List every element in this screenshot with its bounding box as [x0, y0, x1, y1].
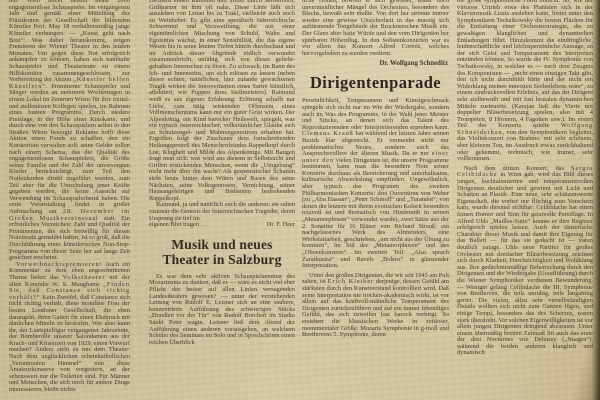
paragraph-end-with-byline: eigenen Blut tragen …Dr. F. Heer: [149, 222, 295, 229]
newspaper-column-1: ten. Wien allein besitzt heute 2000 enga…: [9, 0, 130, 400]
newspaper-column-2: Dichtern enden Raimund und Stifter durch…: [149, 0, 295, 400]
article-paragraph: Persönlichkeit, Temperament und Kunstges…: [302, 98, 449, 269]
body-text: Kein Zweifel, daß Constance sich nicht r…: [9, 294, 130, 393]
author-byline: Dr. Wolfgang Schneditz: [303, 60, 448, 68]
article-paragraph: Raimund, ja und natürlich auch die ander…: [149, 202, 295, 222]
article-paragraph: liche Höhen, obwohl er sich gewisser, le…: [302, 0, 449, 57]
newspaper-page: t r . l e n d * i s r e t n . l d e r n …: [0, 0, 600, 400]
article-paragraph: Dichtern enden Raimund und Stifter durch…: [149, 0, 295, 202]
page-edge-shadow: [591, 0, 600, 400]
body-text: Persönlichkeit, Temperament und Kunstges…: [302, 97, 449, 130]
heading-dirigentenparade: Dirigentenparade: [302, 74, 449, 92]
body-text: in Wien gab, wird das Bild dieses jungen…: [457, 171, 593, 356]
article-paragraph: Es war dem sehr aktiven Schauspielsemina…: [149, 274, 295, 347]
newspaper-column-4: die große symphonische Form braucht. So,…: [457, 0, 593, 400]
body-text: ten. Wien allein besitzt heute 2000 enga…: [9, 0, 130, 83]
body-text: . Prominente Schauspieler und Sänger wer…: [9, 83, 130, 215]
body-text: vielen Dirigenten ist, die unsere Progra…: [302, 157, 449, 270]
newspaper-column-3: liche Höhen, obwohl er sich gewisser, le…: [302, 0, 449, 400]
article-paragraph: ten. Wien allein besitzt heute 2000 enga…: [9, 0, 130, 262]
article-paragraph: Nach dem dritten Konzert, das Sergiu Cel…: [457, 166, 593, 357]
body-text: statt. Ein erfreuliches Vorzeichen: Zahl…: [9, 215, 130, 262]
page-edge-fragments: t r . l e n d * i s r e t n . l d e r n …: [0, 2, 6, 400]
article-paragraph: Vorweihnachtspremieren! Auch ein Komment…: [9, 262, 130, 394]
body-text: die große symphonische Form braucht. So,…: [457, 0, 593, 129]
body-text: eigenen Blut tragen …: [149, 222, 207, 229]
article-paragraph: Unter den großen Dirigenten, die wir sei…: [302, 273, 449, 339]
article-paragraph: die große symphonische Form braucht. So,…: [457, 0, 593, 163]
heading-musik-und-neues-theater-in-salzburg: Musik und neues Theater in Salzburg: [151, 237, 293, 268]
body-text: derjenige, dessen Gefühl am stärksten du…: [302, 278, 449, 338]
author-byline: Dr. F. Heer: [267, 222, 295, 229]
